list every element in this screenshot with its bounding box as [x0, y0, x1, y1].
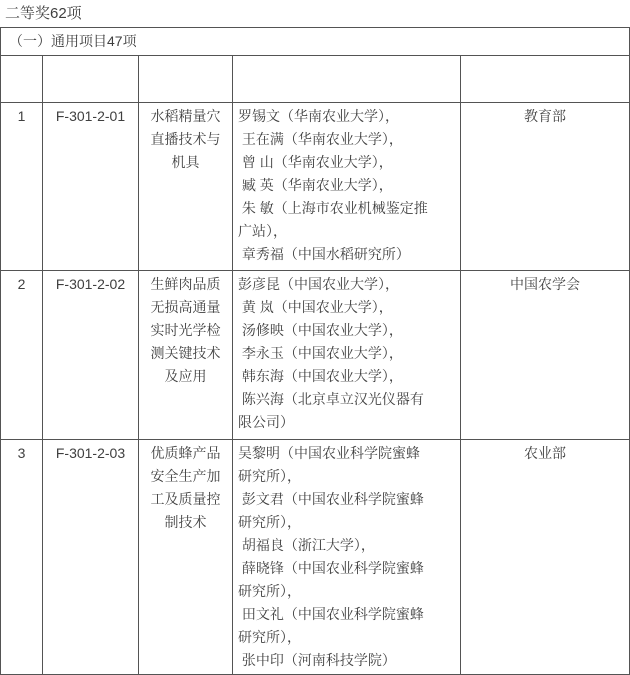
project-name: 生鲜肉品质无损高通量实时光学检测关键技术及应用	[139, 271, 233, 440]
awardee: 章秀福（中国水稻研究所）	[238, 243, 433, 266]
award-document: 二等奖62项 （一）通用项目47项 1 F-301-2-01 水稻精量穴直播技术…	[0, 0, 630, 675]
awardee: 朱 敏（上海市农业机械鉴定推广站），	[238, 197, 433, 243]
awardee: 汤修映（中国农业大学），	[238, 319, 433, 342]
table-row: 2 F-301-2-02 生鲜肉品质无损高通量实时光学检测关键技术及应用 彭彦昆…	[1, 271, 630, 440]
project-code: F-301-2-02	[43, 271, 139, 440]
award-table: （一）通用项目47项 1 F-301-2-01 水稻精量穴直播技术与机具 罗锡文…	[0, 27, 630, 675]
row-number: 2	[1, 271, 43, 440]
nominator: 教育部	[461, 103, 630, 271]
awardee: 韩东海（中国农业大学），	[238, 365, 433, 388]
awardees-cell: 吴黎明（中国农业科学院蜜蜂研究所）， 彭文君（中国农业科学院蜜蜂研究所）， 胡福…	[233, 440, 461, 675]
header-cell-nominator	[461, 56, 630, 103]
section-header: （一）通用项目47项	[1, 28, 630, 56]
nominator: 农业部	[461, 440, 630, 675]
awardees-cell: 彭彦昆（中国农业大学）， 黄 岚（中国农业大学）， 汤修映（中国农业大学）， 李…	[233, 271, 461, 440]
header-cell-code	[43, 56, 139, 103]
section-header-row: （一）通用项目47项	[1, 28, 630, 56]
awardee: 曾 山（华南农业大学），	[238, 151, 433, 174]
table-header-row	[1, 56, 630, 103]
project-name: 优质蜂产品安全生产加工及质量控制技术	[139, 440, 233, 675]
table-row: 3 F-301-2-03 优质蜂产品安全生产加工及质量控制技术 吴黎明（中国农业…	[1, 440, 630, 675]
awardee: 李永玉（中国农业大学），	[238, 342, 433, 365]
awardee: 吴黎明（中国农业科学院蜜蜂研究所），	[238, 442, 433, 488]
header-cell-project	[139, 56, 233, 103]
project-code: F-301-2-01	[43, 103, 139, 271]
project-name: 水稻精量穴直播技术与机具	[139, 103, 233, 271]
awardee: 王在满（华南农业大学），	[238, 128, 433, 151]
awardee: 罗锡文（华南农业大学），	[238, 105, 433, 128]
awardee: 臧 英（华南农业大学），	[238, 174, 433, 197]
awardee: 田文礼（中国农业科学院蜜蜂研究所），	[238, 603, 433, 649]
project-code: F-301-2-03	[43, 440, 139, 675]
awardee: 彭彦昆（中国农业大学），	[238, 273, 433, 296]
table-row: 1 F-301-2-01 水稻精量穴直播技术与机具 罗锡文（华南农业大学）， 王…	[1, 103, 630, 271]
row-number: 3	[1, 440, 43, 675]
awardee: 张中印（河南科技学院）	[238, 649, 433, 672]
header-cell-no	[1, 56, 43, 103]
awardee: 胡福良（浙江大学），	[238, 534, 433, 557]
awardee: 薛晓锋（中国农业科学院蜜蜂研究所），	[238, 557, 433, 603]
nominator: 中国农学会	[461, 271, 630, 440]
awardees-cell: 罗锡文（华南农业大学）， 王在满（华南农业大学）， 曾 山（华南农业大学）， 臧…	[233, 103, 461, 271]
page-title: 二等奖62项	[0, 0, 630, 27]
awardee: 陈兴海（北京卓立汉光仪器有限公司）	[238, 388, 433, 434]
awardee: 黄 岚（中国农业大学），	[238, 296, 433, 319]
header-cell-people	[233, 56, 461, 103]
awardee: 彭文君（中国农业科学院蜜蜂研究所），	[238, 488, 433, 534]
row-number: 1	[1, 103, 43, 271]
